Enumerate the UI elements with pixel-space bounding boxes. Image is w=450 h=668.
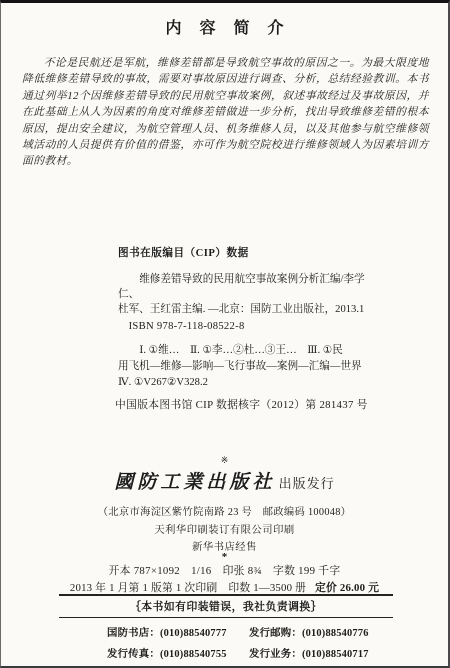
publisher-address: （北京市海淀区紫竹院南路 23 号 邮政编码 100048） [1,503,448,518]
colophon-print-line: 2013 年 1 月第 1 版第 1 次印刷 印数 1—3500 册 定价 26… [1,580,448,595]
contact-item: 发行业务：(010)88540717 [249,645,395,660]
cip-header: 图书在版编目（CIP）数据 [118,246,380,261]
contact-item: 发行传真：(010)88540755 [107,645,249,660]
copyright-page: 内 容 简 介 不论是民航还是军航，维修差错都是导致航空事故的原因之一。为最大限… [0,0,450,668]
publisher-logotype: 國防工業出版社 [114,472,275,493]
intro-title: 内 容 简 介 [1,15,448,38]
contact-label: 发行传真： [107,649,160,660]
contact-label: 国防书店： [107,628,160,639]
cip-biblio-line: 杜军、王红雷主编. —北京：国防工业出版社，2013.1 [118,302,380,317]
cip-class-line: Ⅳ. ①V267②V328.2 [118,375,380,391]
contact-phone: (010)88540776 [302,628,369,639]
contact-phone: (010)88540755 [160,649,227,660]
print-run-info: 2013 年 1 月第 1 版第 1 次印刷 印数 1—3500 册 [70,582,306,594]
publisher-suffix: 出版发行 [279,476,335,491]
contact-item: 国防书店：(010)88540777 [107,624,249,639]
colophon-format-line: 开本 787×1092 1/16 印张 8¾ 字数 199 千字 [1,563,448,578]
binding-error-notice: ｛本书如有印装错误，我社负责调换｝ [59,594,393,618]
contact-list: 国防书店：(010)88540777 发行邮购：(010)88540776 发行… [107,624,395,660]
cip-class-line: 用飞机—维修—影响—飞行事故—案例—汇编—世界 [118,359,380,375]
intro-paragraph: 不论是民航还是军航，维修差错都是导致航空事故的原因之一。为最大限度地降低维修差错… [22,55,429,170]
cip-class-line: Ⅰ. ①维… Ⅱ. ①李…②杜…③王… Ⅲ. ①民 [118,343,380,359]
contact-item: 发行邮购：(010)88540776 [249,624,395,639]
publisher-line: 國防工業出版社 出版发行 [1,467,448,494]
contact-label: 发行业务： [249,649,302,660]
cip-biblio-line: 维修差错导致的民用航空事故案例分析汇编/李学仁、 [118,272,380,302]
printer-name: 天利华印刷装订有限公司印刷 [1,521,448,536]
cip-block: 图书在版编目（CIP）数据 维修差错导致的民用航空事故案例分析汇编/李学仁、 杜… [118,246,380,391]
contact-label: 发行邮购： [249,628,302,639]
contact-phone: (010)88540777 [160,628,227,639]
cip-classification: Ⅰ. ①维… Ⅱ. ①李…②杜…③王… Ⅲ. ①民 用飞机—维修—影响—飞行事故… [118,343,380,391]
cip-record-number: 中国版本图书馆 CIP 数据核字（2012）第 281437 号 [115,397,368,412]
price-label: 定价 26.00 元 [315,582,379,594]
publisher-star-ornament: ※ [1,455,448,466]
divider-asterisk: * [1,551,448,563]
cip-isbn: ISBN 978-7-118-08522-8 [118,319,380,334]
contact-phone: (010)88540717 [302,649,369,660]
